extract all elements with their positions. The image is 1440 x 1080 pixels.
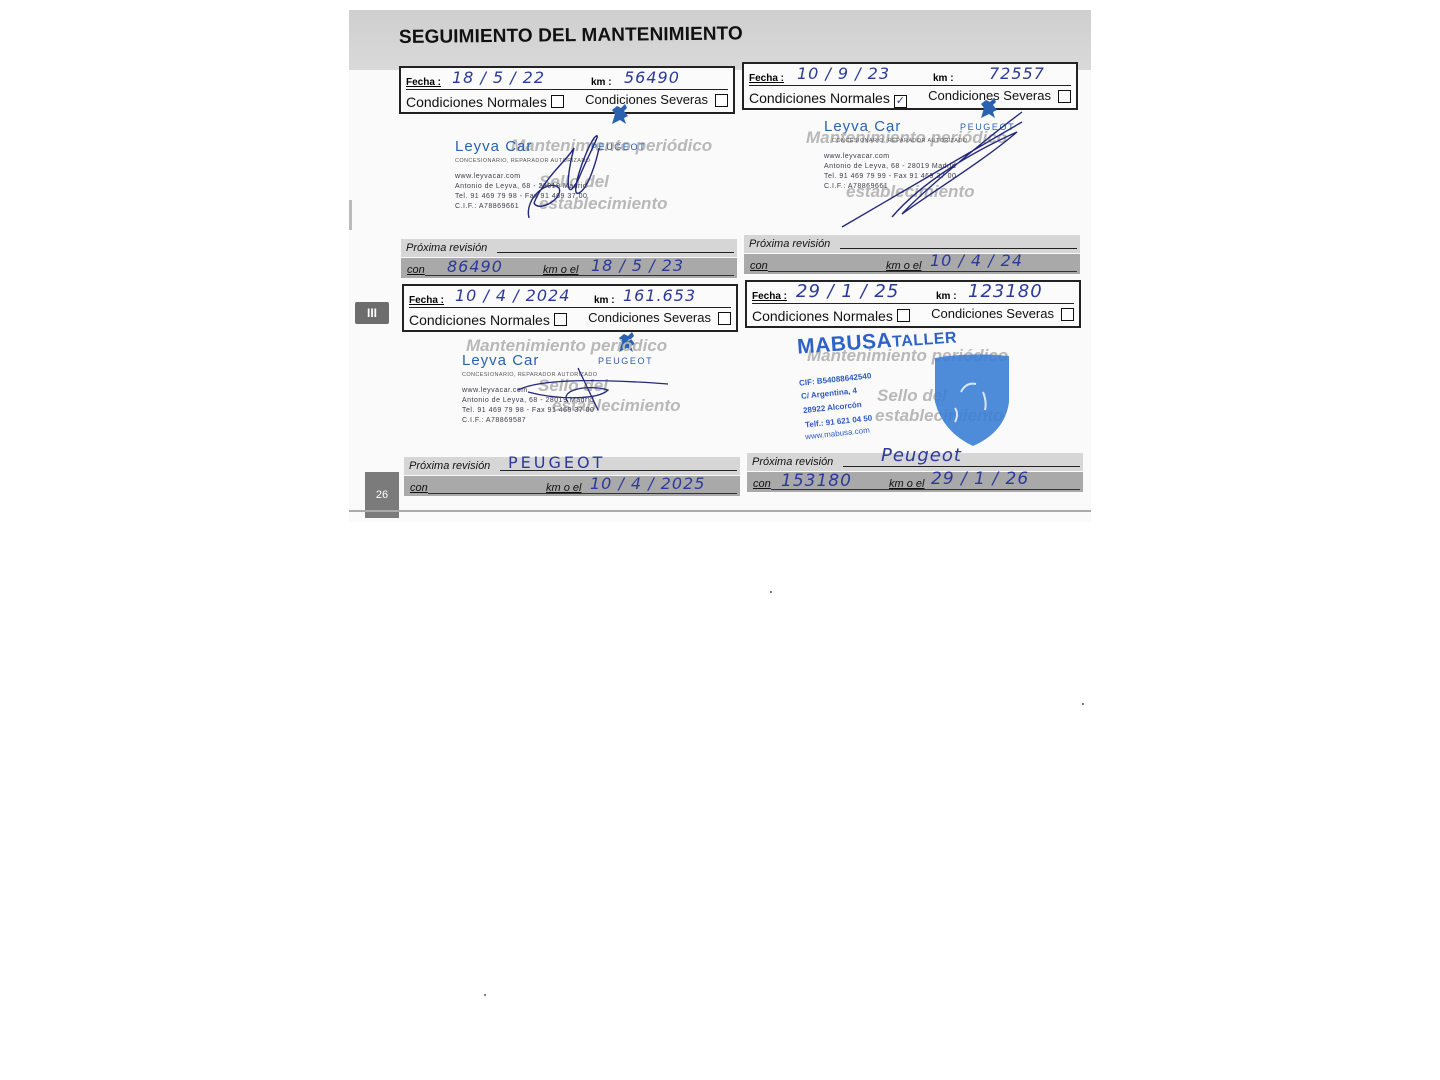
peugeot-shield-icon	[931, 352, 1013, 448]
km-label: km :	[936, 291, 957, 302]
km-or-date-label: km o el	[889, 478, 924, 490]
dealer-stamp: Leyva Car PEUGEOT Mantenimiento periódic…	[742, 110, 1078, 235]
service-km: 123180	[968, 281, 1043, 302]
entry-header-box: Fecha : 10 / 4 / 2024 km : 161.653 Condi…	[402, 284, 738, 332]
conditions-row: Condiciones Normales Condiciones Severas	[406, 92, 728, 112]
page-bottom-edge	[349, 510, 1091, 512]
next-service-date: 29 / 1 / 26	[931, 469, 1029, 489]
next-service-box: Próxima revisión Peugeot con 153180 km o…	[747, 453, 1083, 494]
stamp-line-3: Tel. 91 469 79 98 - Fax 91 469 37 00	[462, 406, 594, 416]
peugeot-lion-icon	[607, 102, 633, 128]
next-km-line	[768, 271, 1077, 272]
service-date: 18 / 5 / 22	[452, 68, 545, 87]
next-service-line	[843, 466, 1080, 467]
normal-conditions-checkbox	[554, 313, 567, 326]
stamp-brand-suffix: TALLER	[892, 329, 958, 350]
next-service-box: Próxima revisión con 86490 km o el 18 / …	[401, 239, 737, 280]
severe-conditions-checkbox	[1061, 308, 1074, 321]
severe-conditions-label: Condiciones Severas	[585, 92, 708, 107]
next-service-km-date-row: con 153180 km o el 29 / 1 / 26	[747, 472, 1083, 492]
normal-conditions-checkbox	[551, 95, 564, 108]
next-service-km: 86490	[447, 257, 503, 276]
date-km-row: Fecha : 10 / 9 / 23 km : 72557	[749, 67, 1071, 86]
stamp-line-2: Antonio de Leyva, 68 - 28019 Madrid	[824, 162, 956, 172]
service-date: 10 / 4 / 2024	[455, 286, 570, 305]
severe-conditions-label: Condiciones Severas	[588, 310, 711, 325]
con-label: con	[410, 482, 428, 494]
next-service-km: 153180	[781, 471, 852, 491]
maintenance-entry-4: Fecha : 29 / 1 / 25 km : 123180 Condicio…	[745, 280, 1085, 498]
stamp-brand: Leyva Car	[462, 352, 539, 369]
scan-speck	[1082, 703, 1084, 705]
stamp-brand: Leyva Car	[455, 138, 532, 155]
con-label: con	[753, 478, 771, 490]
scan-speck	[770, 591, 772, 593]
service-date: 10 / 9 / 23	[797, 64, 890, 83]
km-or-date-label: km o el	[546, 482, 581, 494]
normal-conditions-checkbox	[897, 309, 910, 322]
normal-conditions-label: Condiciones Normales	[409, 312, 550, 328]
workshop-stamp: Mantenimiento periódico MABUSATALLER Sel…	[745, 328, 1081, 453]
normal-conditions: Condiciones Normales	[406, 94, 564, 110]
maintenance-entry-1: Fecha : 18 / 5 / 22 km : 56490 Condicion…	[399, 66, 739, 284]
stamp-make: PEUGEOT	[598, 356, 653, 366]
section-tab: III	[355, 302, 389, 324]
dealer-stamp: Mantenimiento periódico Leyva Car PEUGEO…	[399, 114, 735, 239]
date-label: Fecha :	[409, 295, 444, 306]
conditions-row: Condiciones Normales Condiciones Severas	[409, 310, 731, 330]
next-service-row: Próxima revisión	[744, 235, 1080, 253]
service-km: 56490	[624, 68, 680, 87]
page-title: SEGUIMIENTO DEL MANTENIMIENTO	[399, 23, 743, 49]
service-km: 161.653	[623, 286, 696, 305]
next-service-note: PEUGEOT	[508, 453, 605, 472]
next-service-label: Próxima revisión	[749, 238, 830, 250]
entry-header-box: Fecha : 10 / 9 / 23 km : 72557 Condicion…	[742, 62, 1078, 110]
severe-conditions-checkbox	[1058, 90, 1071, 103]
normal-conditions: Condiciones Normales	[752, 308, 910, 324]
severe-conditions-checkbox	[715, 94, 728, 107]
service-km: 72557	[989, 64, 1045, 83]
km-or-date-label: km o el	[886, 260, 921, 272]
next-service-note: Peugeot	[881, 445, 962, 466]
next-service-label: Próxima revisión	[752, 456, 833, 468]
next-service-km-date-row: con km o el 10 / 4 / 24	[744, 254, 1080, 274]
severe-conditions-checkbox	[718, 312, 731, 325]
km-label: km :	[591, 77, 612, 88]
next-service-row: Próxima revisión PEUGEOT	[404, 457, 740, 475]
normal-conditions-label: Condiciones Normales	[749, 90, 890, 106]
binding-edge	[349, 200, 352, 230]
stamp-line-1: www.leyvacar.com	[824, 152, 890, 162]
stamp-subtitle: CONCESIONARIO, REPARADOR AUTORIZADO	[455, 158, 590, 164]
next-service-date: 10 / 4 / 2025	[590, 474, 705, 493]
entry-header-box: Fecha : 18 / 5 / 22 km : 56490 Condicion…	[399, 66, 735, 114]
next-service-box: Próxima revisión con km o el 10 / 4 / 24	[744, 235, 1080, 276]
stamp-line-1: www.leyvacar.com	[462, 386, 528, 396]
scan-speck	[484, 994, 486, 996]
stamp-line-4: C.I.F.: A78869661	[455, 202, 519, 212]
next-service-label: Próxima revisión	[406, 242, 487, 254]
con-label: con	[407, 264, 425, 276]
service-date: 29 / 1 / 25	[796, 281, 899, 302]
stamp-subtitle: CONCESIONARIO, REPARADOR AUTORIZADO	[832, 138, 967, 144]
con-label: con	[750, 260, 768, 272]
peugeot-lion-icon	[976, 96, 1002, 122]
normal-conditions: Condiciones Normales	[409, 312, 567, 328]
date-km-row: Fecha : 29 / 1 / 25 km : 123180	[752, 285, 1074, 304]
normal-conditions-label: Condiciones Normales	[406, 94, 547, 110]
next-service-line	[840, 248, 1077, 249]
next-service-box: Próxima revisión PEUGEOT con km o el 10 …	[404, 457, 740, 498]
stamp-line-4: C.I.F.: A78869587	[462, 416, 526, 426]
km-label: km :	[594, 295, 615, 306]
km-or-date-label: km o el	[543, 264, 578, 276]
watermark-line2: Sello del	[538, 376, 608, 396]
next-service-row: Próxima revisión Peugeot	[747, 453, 1083, 471]
maintenance-entry-3: Fecha : 10 / 4 / 2024 km : 161.653 Condi…	[402, 284, 742, 502]
normal-conditions: Condiciones Normales✓	[749, 90, 907, 108]
next-service-label: Próxima revisión	[409, 460, 490, 472]
watermark-line3: establecimiento	[539, 194, 668, 214]
conditions-row: Condiciones Normales✓ Condiciones Severa…	[749, 88, 1071, 108]
date-label: Fecha :	[752, 291, 787, 302]
severe-conditions-label: Condiciones Severas	[931, 306, 1054, 321]
stamp-line-3: Tel. 91 469 79 99 - Fax 91 469 37 00	[824, 172, 956, 182]
next-service-km-date-row: con km o el 10 / 4 / 2025	[404, 476, 740, 496]
date-km-row: Fecha : 10 / 4 / 2024 km : 161.653	[409, 289, 731, 308]
page-header: SEGUIMIENTO DEL MANTENIMIENTO	[349, 10, 1091, 70]
next-service-km-date-row: con 86490 km o el 18 / 5 / 23	[401, 258, 737, 278]
next-service-date: 18 / 5 / 23	[591, 256, 684, 275]
stamp-line-2: Antonio de Leyva, 68 - 28019 Madrid	[455, 182, 587, 192]
date-label: Fecha :	[406, 77, 441, 88]
normal-conditions-label: Condiciones Normales	[752, 308, 893, 324]
conditions-row: Condiciones Normales Condiciones Severas	[752, 306, 1074, 326]
next-km-line	[428, 493, 737, 494]
dealer-stamp: Mantenimiento periódico Leyva Car PEUGEO…	[402, 332, 738, 457]
stamp-make: PEUGEOT	[591, 142, 646, 152]
stamp-line-1: www.leyvacar.com	[455, 172, 521, 182]
next-service-row: Próxima revisión	[401, 239, 737, 257]
date-km-row: Fecha : 18 / 5 / 22 km : 56490	[406, 71, 728, 90]
km-label: km :	[933, 73, 954, 84]
maintenance-entry-2: Fecha : 10 / 9 / 23 km : 72557 Condicion…	[742, 62, 1082, 280]
next-service-line	[497, 252, 734, 253]
watermark-line3: establecimiento	[846, 182, 975, 202]
normal-conditions-checkbox: ✓	[894, 95, 907, 108]
entry-header-box: Fecha : 29 / 1 / 25 km : 123180 Condicio…	[745, 280, 1081, 328]
next-service-date: 10 / 4 / 24	[930, 251, 1023, 270]
service-booklet-page: SEGUIMIENTO DEL MANTENIMIENTO III 26 Fec…	[349, 10, 1091, 522]
date-label: Fecha :	[749, 73, 784, 84]
